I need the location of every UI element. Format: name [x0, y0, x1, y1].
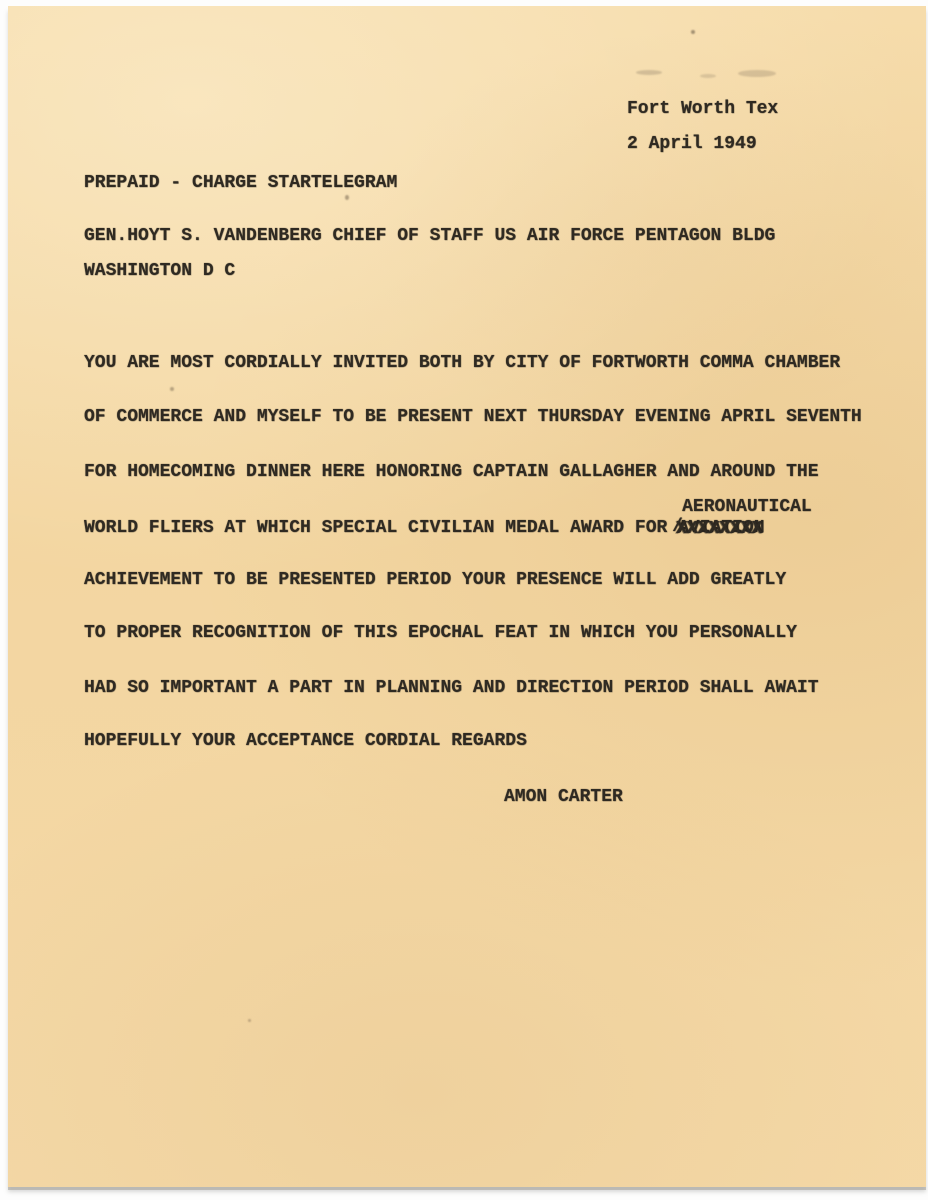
- typed-correction: AERONAUTICALAVIATIONXXXXXXXX/: [678, 518, 764, 538]
- smudge-mark: [700, 74, 716, 78]
- body-line-4: WORLD FLIERS AT WHICH SPECIAL CIVILIAN M…: [84, 518, 765, 538]
- body-line-5: ACHIEVEMENT TO BE PRESENTED PERIOD YOUR …: [84, 570, 786, 590]
- smudge-mark: [738, 70, 776, 77]
- signature: AMON CARTER: [504, 787, 623, 807]
- smudge-mark: [636, 70, 662, 75]
- speck-mark: [691, 30, 695, 34]
- addressee-line-1: GEN.HOYT S. VANDENBERG CHIEF OF STAFF US…: [84, 226, 775, 246]
- service-line: PREPAID - CHARGE STARTELEGRAM: [84, 173, 397, 193]
- body-line-7: HAD SO IMPORTANT A PART IN PLANNING AND …: [84, 678, 819, 698]
- strike-slash-mark: /: [672, 517, 683, 537]
- overtype-x-marks: XXXXXXXX: [676, 519, 762, 539]
- body-line-2: OF COMMERCE AND MYSELF TO BE PRESENT NEX…: [84, 407, 862, 427]
- speck-mark: [170, 387, 174, 391]
- body-line-4-prefix: WORLD FLIERS AT WHICH SPECIAL CIVILIAN M…: [84, 518, 678, 538]
- telegram-paper: Fort Worth Tex 2 April 1949 PREPAID - CH…: [8, 6, 926, 1187]
- body-line-3: FOR HOMECOMING DINNER HERE HONORING CAPT…: [84, 462, 819, 482]
- dateline-date: 2 April 1949: [627, 134, 757, 154]
- scan-background: Fort Worth Tex 2 April 1949 PREPAID - CH…: [0, 0, 928, 1200]
- body-line-1: YOU ARE MOST CORDIALLY INVITED BOTH BY C…: [84, 353, 840, 373]
- addressee-line-2: WASHINGTON D C: [84, 261, 235, 281]
- speck-mark: [248, 1019, 251, 1022]
- speck-mark: [345, 195, 349, 200]
- body-line-8: HOPEFULLY YOUR ACCEPTANCE CORDIAL REGARD…: [84, 731, 527, 751]
- dateline-place: Fort Worth Tex: [627, 99, 778, 119]
- body-line-6: TO PROPER RECOGNITION OF THIS EPOCHAL FE…: [84, 623, 797, 643]
- inserted-word: AERONAUTICAL: [682, 497, 812, 517]
